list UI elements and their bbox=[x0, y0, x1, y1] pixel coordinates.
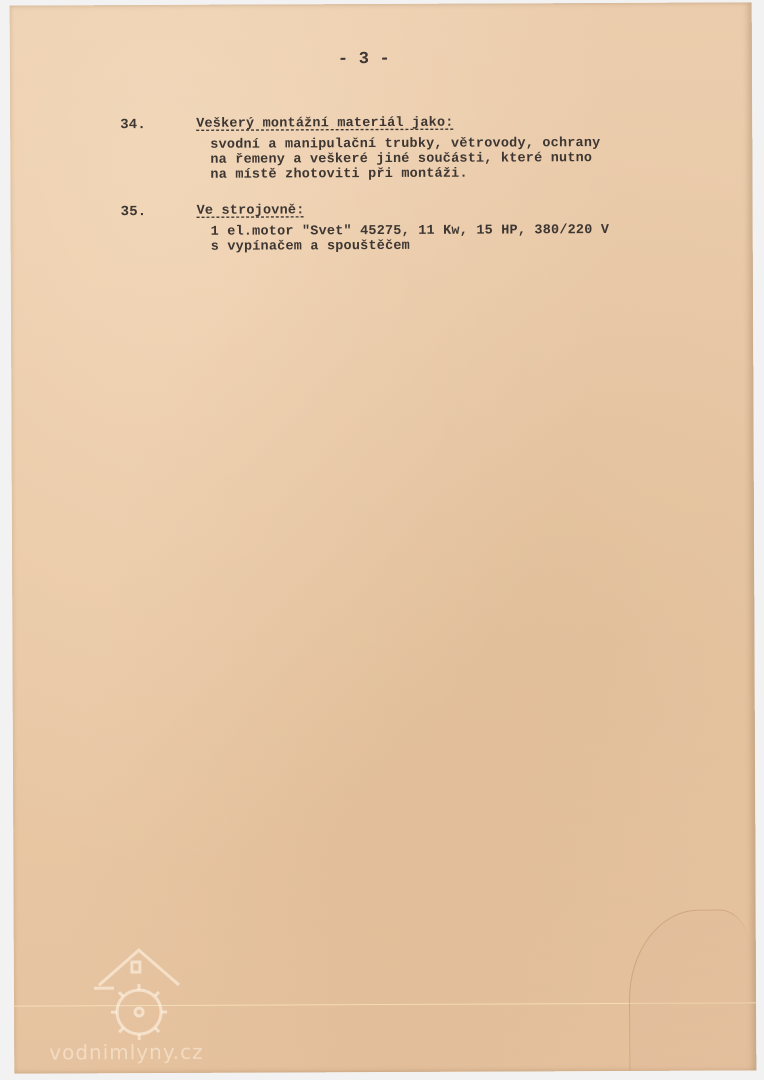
paper-sheet: - 3 - 34. Veškerý montážní materiál jako… bbox=[10, 2, 757, 1073]
watermark: vodnimlyny.cz bbox=[44, 940, 245, 1071]
water-stain bbox=[629, 909, 751, 1071]
page-number: - 3 - bbox=[338, 50, 390, 69]
item-heading: Veškerý montážní materiál jako: bbox=[196, 116, 453, 132]
item-body: svodní a manipulační trubky, větrovody, … bbox=[210, 136, 600, 183]
item-number: 35. bbox=[121, 204, 147, 220]
item-heading: Ve strojovně: bbox=[197, 203, 305, 218]
mill-house-gear-icon bbox=[84, 940, 194, 1050]
list-item: 34. Veškerý montážní materiál jako: svod… bbox=[120, 115, 680, 117]
list-item: 35. Ve strojovně: 1 el.motor "Svet" 4527… bbox=[121, 202, 681, 204]
watermark-text: vodnimlyny.cz bbox=[49, 1040, 203, 1065]
scanned-page-view: - 3 - 34. Veškerý montážní materiál jako… bbox=[0, 0, 764, 1080]
item-body: 1 el.motor "Svet" 45275, 11 Kw, 15 HP, 3… bbox=[211, 223, 610, 255]
item-number: 34. bbox=[120, 117, 146, 133]
